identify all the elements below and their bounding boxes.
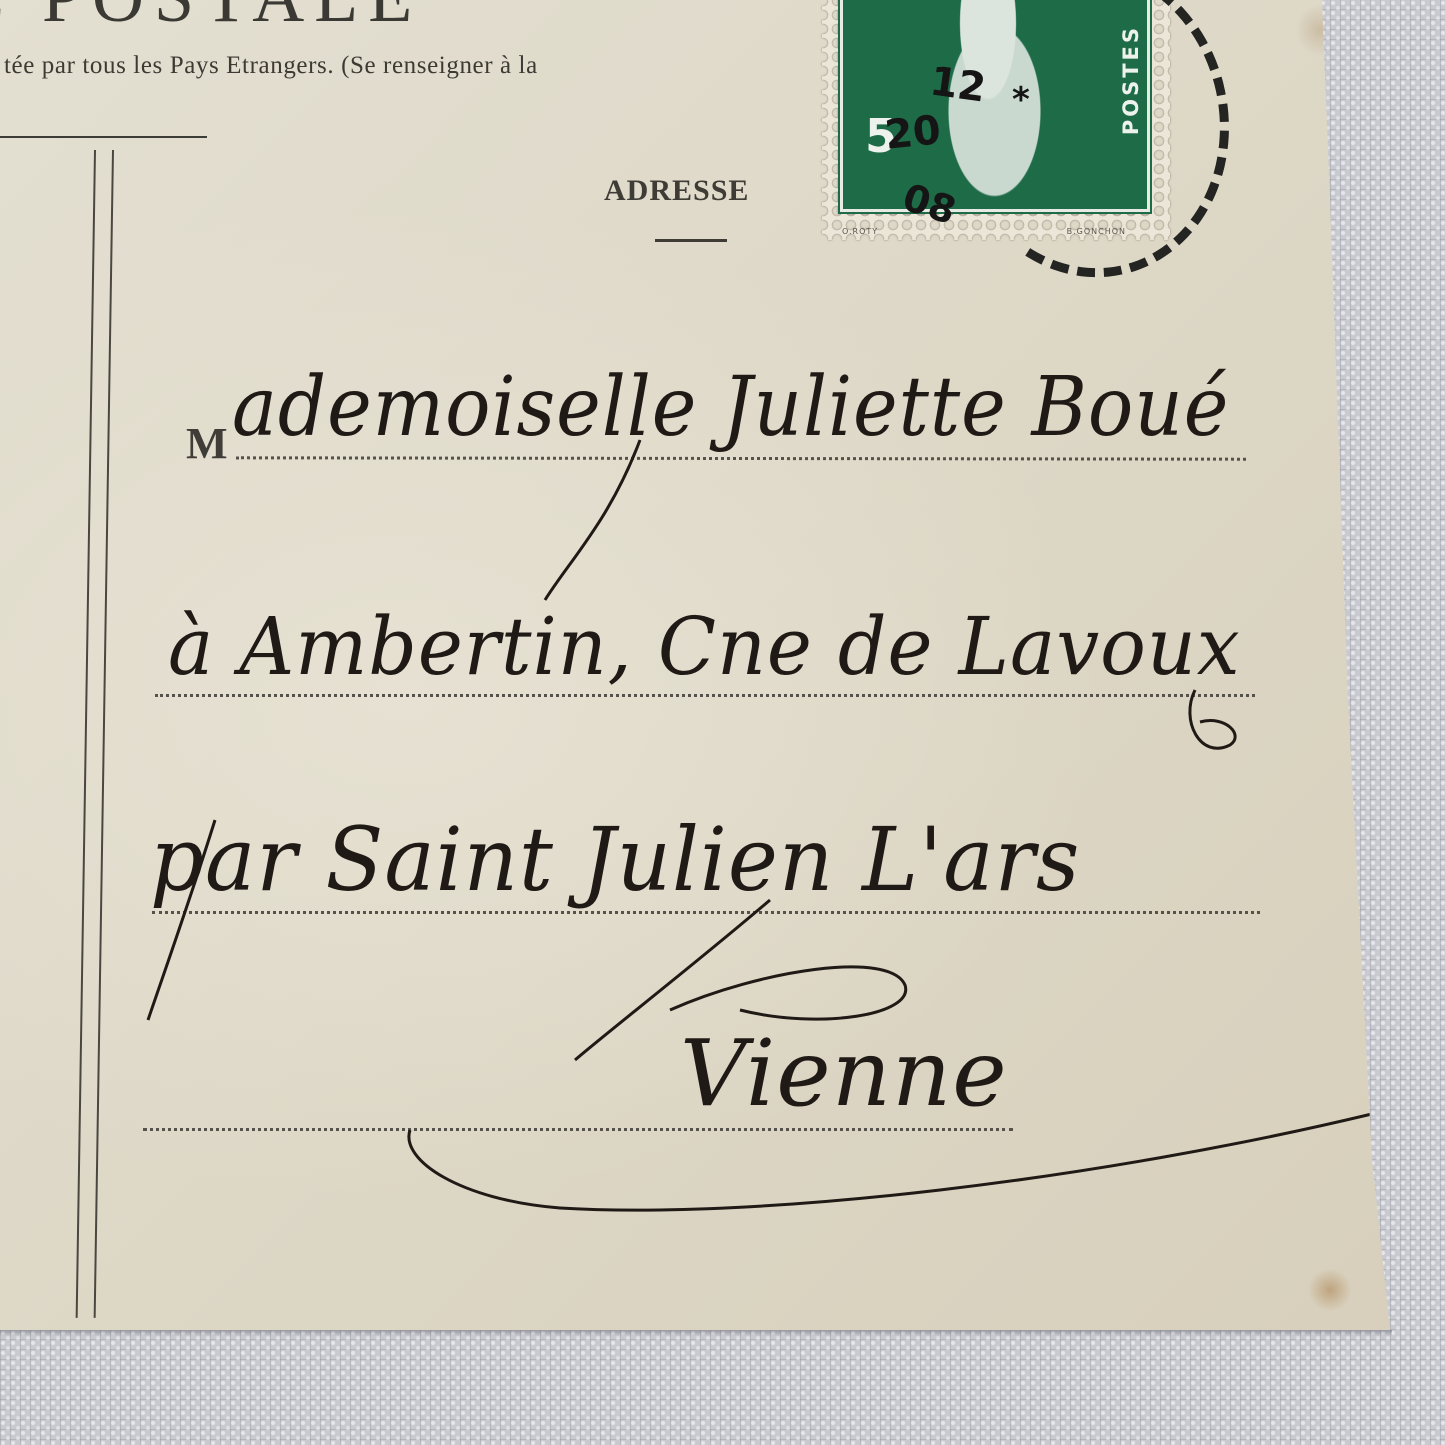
address-prefix: M bbox=[186, 418, 228, 469]
divider-line-left bbox=[76, 150, 96, 1318]
postal-notice-text: tée par tous les Pays Etrangers. (Se ren… bbox=[4, 52, 538, 80]
card-shadow bbox=[0, 1330, 1392, 1336]
address-label: ADRESSE bbox=[604, 174, 749, 208]
postcard: E POSTALE tée par tous les Pays Etranger… bbox=[0, 0, 1445, 1445]
handwritten-locality: à Ambertin, Cne de Lavoux bbox=[168, 600, 1241, 693]
handwritten-department: Vienne bbox=[680, 1020, 1008, 1127]
divider-line-right bbox=[94, 150, 114, 1318]
postmark-star-icon: * bbox=[1012, 80, 1030, 120]
postmark-day: 12 bbox=[927, 58, 989, 111]
card-title: E POSTALE bbox=[0, 0, 422, 39]
header-rule bbox=[0, 136, 207, 138]
postmark-hour: 20 bbox=[883, 107, 943, 159]
handwritten-post-town: par Saint Julien L'ars bbox=[150, 808, 1080, 911]
address-label-underline bbox=[655, 239, 727, 242]
stamp-engraver-left: O.ROTY bbox=[842, 227, 878, 236]
address-line-3 bbox=[152, 911, 1260, 914]
address-line-2 bbox=[155, 694, 1255, 697]
handwriting-flourish bbox=[0, 0, 1445, 1445]
address-line-4 bbox=[143, 1128, 1013, 1131]
postmark-ring bbox=[920, 0, 1258, 303]
address-line-1 bbox=[236, 456, 1246, 460]
handwritten-recipient: ademoiselle Juliette Boué bbox=[232, 360, 1229, 455]
